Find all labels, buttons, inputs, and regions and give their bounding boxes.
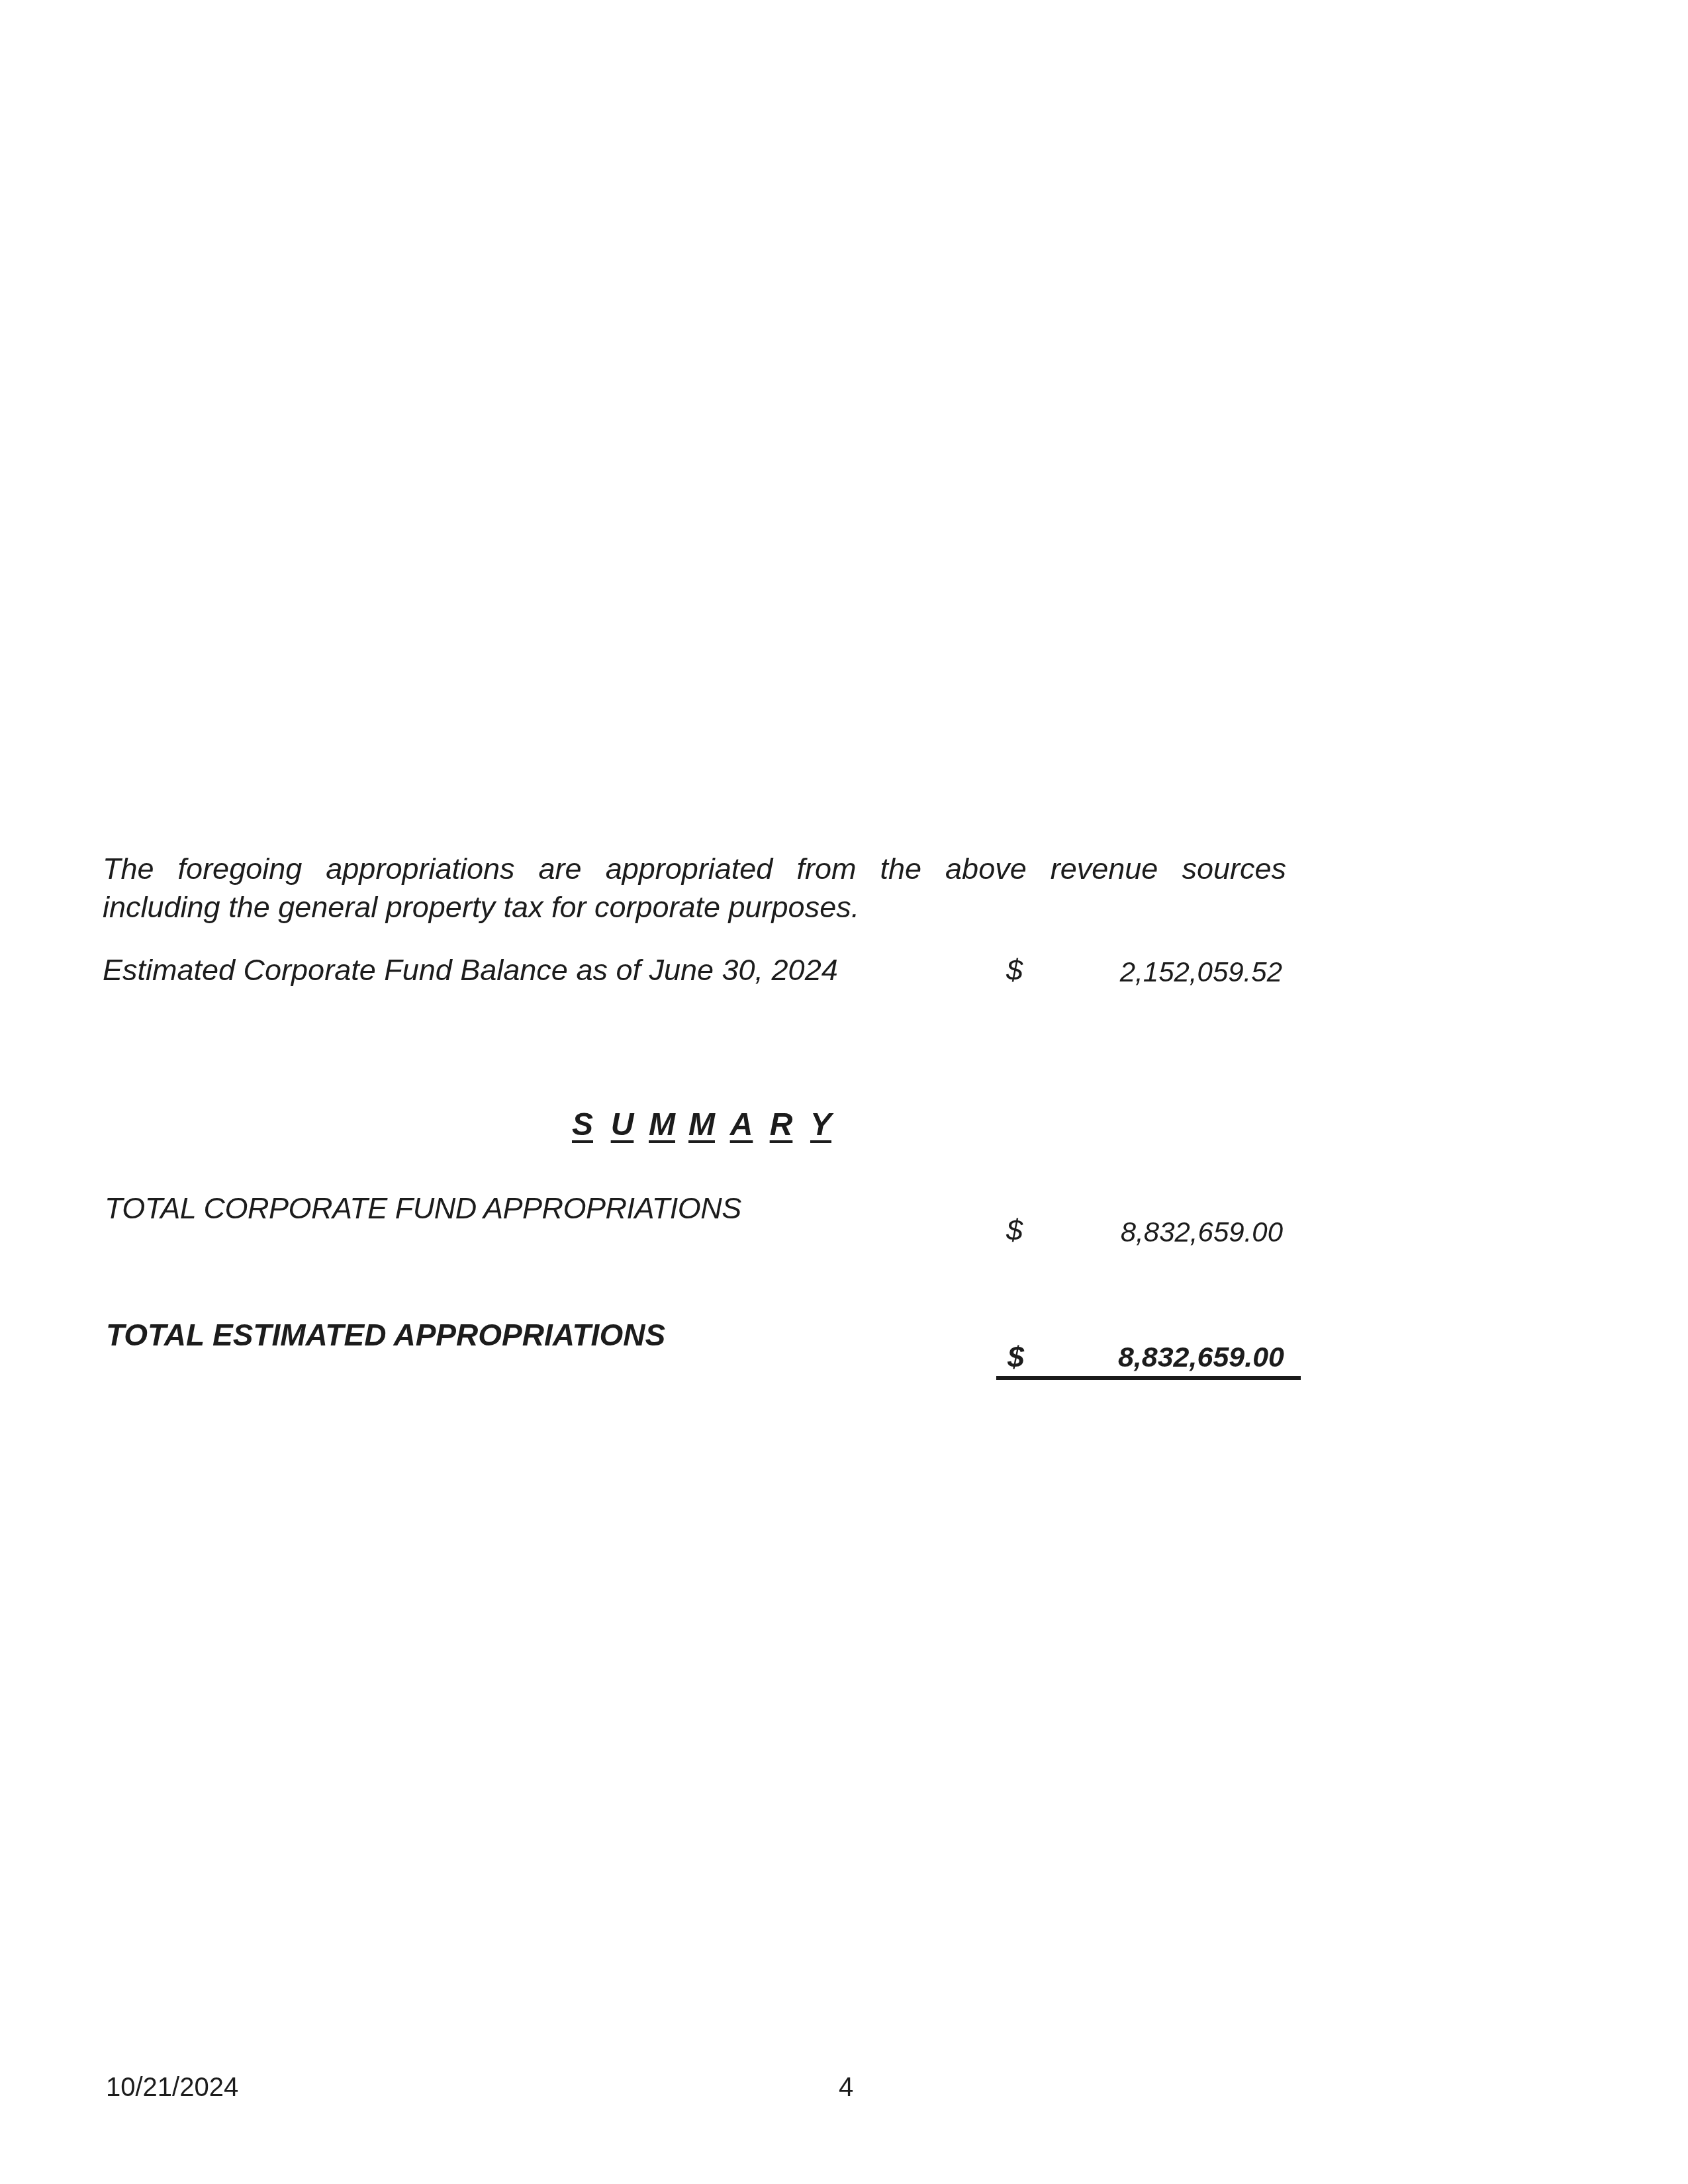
summary-heading: S U M M A R Y (563, 1107, 841, 1143)
summary-letter: R (761, 1107, 801, 1143)
total-estimated-appropriations-label: TOTAL ESTIMATED APPROPRIATIONS (106, 1317, 665, 1353)
summary-letter: U (602, 1107, 642, 1143)
footer-date: 10/21/2024 (106, 2073, 238, 2103)
fund-balance-label: Estimated Corporate Fund Balance as of J… (103, 953, 838, 987)
corporate-fund-appropriations-label: TOTAL CORPORATE FUND APPROPRIATIONS (105, 1191, 741, 1226)
summary-letter: S (563, 1107, 602, 1143)
summary-letter: M (682, 1107, 722, 1143)
footer-page-number: 4 (839, 2073, 853, 2103)
total-underline-rule (996, 1376, 1301, 1380)
corporate-fund-appropriations-amount: 8,832,659.00 (952, 1216, 1283, 1248)
summary-letter: Y (801, 1107, 841, 1143)
intro-paragraph: The foregoing appropriations are appropr… (103, 850, 1286, 927)
fund-balance-amount: 2,152,059.52 (951, 956, 1282, 988)
intro-line-2: including the general property tax for c… (103, 888, 1286, 927)
summary-letter: A (722, 1107, 761, 1143)
summary-letter: M (642, 1107, 682, 1143)
intro-line-1: The foregoing appropriations are appropr… (103, 850, 1286, 888)
total-estimated-appropriations-amount: 8,832,659.00 (953, 1342, 1284, 1374)
